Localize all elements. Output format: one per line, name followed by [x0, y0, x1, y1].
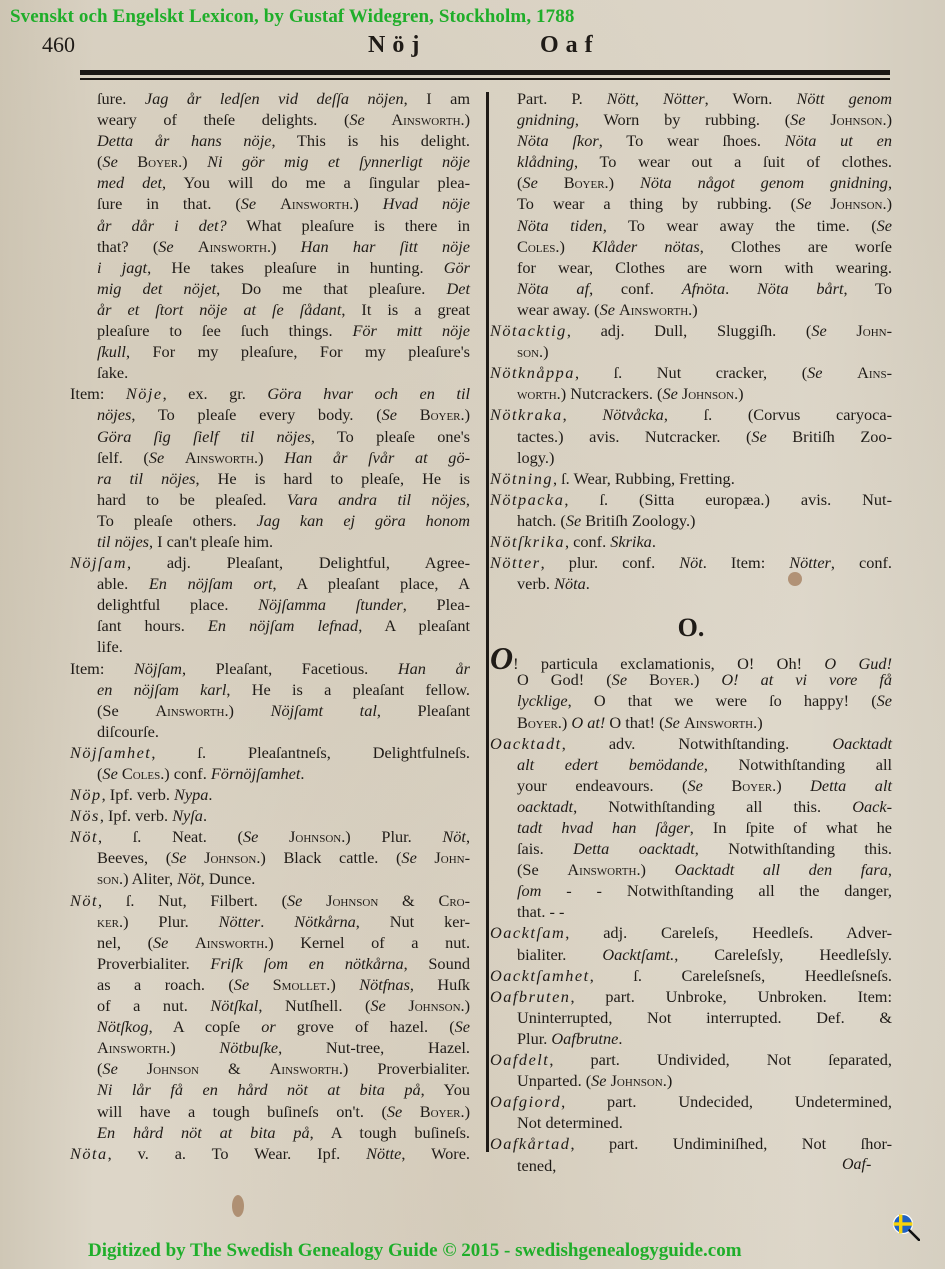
definition-text: ) [465, 110, 470, 129]
dictionary-entry-headline: Nötkraka, Nötvåcka, ſ. (Corvus caryoca- [490, 404, 892, 425]
dictionary-entry-line: ſure in that. (Se Ainsworth.) Hvad nöje [70, 193, 470, 214]
definition-text: ) Kernel of a nut. [268, 933, 470, 952]
swedish-example: Nötſkal [210, 996, 258, 1015]
definition-text: Part. P. [517, 89, 607, 108]
definition-text: , ſ. Nut cracker, ( [575, 363, 807, 382]
dictionary-entry-line: hard to be pleaſed. Vara andra til nöjes… [70, 489, 470, 510]
definition-text: . [300, 764, 304, 783]
dictionary-entry-line: ſelf. (Se Ainsworth.) Han år ſvår at gö- [70, 447, 470, 468]
dictionary-entry-line: Proverbialiter. Friſk ſom en nötkårna, S… [70, 953, 470, 974]
definition-text: Britiſh Zoo- [767, 427, 892, 446]
definition-text: hard to be pleaſed. [97, 490, 287, 509]
definition-text: bialiter. [517, 945, 602, 964]
dictionary-entry-line: ſom - - Notwithſtanding all the danger, [490, 880, 892, 901]
swedish-example: Förnöjſamhet [211, 764, 301, 783]
dictionary-entry-headline: Nötacktig, adj. Dull, Sluggiſh. (Se John… [490, 320, 892, 341]
definition-text: ) [887, 110, 892, 129]
dictionary-entry-line: will have a tough buſineſs on't. (Se Boy… [70, 1101, 470, 1122]
swedish-example: Nöt [679, 553, 703, 572]
source-citation: Coles. [517, 237, 559, 256]
definition-text: grove of hazel. ( [276, 1017, 455, 1036]
definition-text: , ſ. (Corvus caryoca- [664, 405, 892, 424]
definition-text: ) [562, 713, 572, 732]
dictionary-entry-line: logy.) [490, 447, 892, 468]
source-citation: Coles. [122, 764, 164, 783]
dictionary-entry-line: son.) [490, 341, 892, 362]
source-citation: Ainsworth. [619, 300, 692, 319]
dictionary-entry-line: Beeves, (Se Johnson.) Black cattle. (Se … [70, 847, 470, 868]
definition-text: , Nutſhell. ( [258, 996, 370, 1015]
dictionary-entry-line: tadt hvad han ſåger, In ſpite of what he [490, 817, 892, 838]
swedish-example: Nötſkog [97, 1017, 149, 1036]
dictionary-entry-line: wear away. (Se Ainsworth.) [490, 299, 892, 320]
definition-text: , He is a pleaſant fellow. [226, 680, 470, 699]
dictionary-entry-line: To pleaſe others. Jag kan ej göra honom [70, 510, 470, 531]
source-citation: Johnson. [289, 827, 345, 846]
swedish-example: Se [790, 110, 830, 129]
dictionary-entry-headline: Nös, Ipf. verb. Nyſa. [70, 805, 470, 826]
dictionary-entry-line: as a roach. (Se Smollet.) Nötfnas, Huſk [70, 974, 470, 995]
definition-text: & [378, 891, 438, 910]
definition-text: ) [692, 300, 697, 319]
swedish-example: Nöjſam [134, 659, 182, 678]
definition-text: ) [543, 342, 548, 361]
definition-text: Proverbialiter. [97, 954, 210, 973]
swedish-example: Det [446, 279, 470, 298]
dictionary-entry-line: your endeavours. (Se Boyer.) Detta alt [490, 775, 892, 796]
dictionary-entry-line: ſais. Detta oacktadt, Notwithſtanding th… [490, 838, 892, 859]
source-citation: Johnson [326, 891, 378, 910]
swedish-example: Se [387, 1102, 420, 1121]
definition-text: ) [559, 237, 592, 256]
definition-text: logy.) [517, 448, 554, 467]
definition-text: O God! ( [517, 670, 612, 689]
swedish-example: Se [243, 827, 289, 846]
dictionary-entry-line: nel, (Se Ainsworth.) Kernel of a nut. [70, 932, 470, 953]
swedish-example: Oacktſamt. [602, 945, 674, 964]
dictionary-entry-line: weary of theſe delights. (Se Ainsworth.) [70, 109, 470, 130]
swedish-example: Han år [398, 659, 470, 678]
definition-text: ) [738, 384, 743, 403]
swedish-example: Se [662, 384, 681, 403]
definition-text: , ſ. Pleaſantneſs, Delightfulneſs. [151, 743, 470, 762]
definition-text: . Item: [703, 553, 790, 572]
dictionary-entry-line: til nöjes, I can't pleaſe him. [70, 531, 470, 552]
source-citation: Johnson. [830, 194, 886, 213]
swedish-example: Se [102, 764, 121, 783]
definition-text: ) [609, 173, 640, 192]
definition-text: ) [465, 996, 470, 1015]
headword: Oacktſamhet [490, 966, 590, 985]
dictionary-entry-line: life. [70, 636, 470, 657]
swedish-example: O at! [571, 713, 605, 732]
swedish-example: Se [382, 405, 420, 424]
swedish-example: Se [149, 448, 185, 467]
dictionary-entry-line: that? (Se Ainsworth.) Han har ſitt nöje [70, 236, 470, 257]
source-citation: Johnson. [204, 848, 260, 867]
swedish-example: Nypa [174, 785, 208, 804]
dictionary-entry-headline: Nötknåppa, ſ. Nut cracker, (Se Ains- [490, 362, 892, 383]
definition-text: ſais. [517, 839, 573, 858]
swedish-example: Detta alt [810, 776, 892, 795]
dictionary-entry-line: (Se Coles.) conf. Förnöjſamhet. [70, 763, 470, 784]
dictionary-entry-headline: Nötſkrika, conf. Skrika. [490, 531, 892, 552]
dictionary-entry-headline: Nöt, ſ. Neat. (Se Johnson.) Plur. Nöt, [70, 826, 470, 847]
swedish-example: or [261, 1017, 275, 1036]
definition-text: ) [330, 975, 359, 994]
headword: Nötning [490, 469, 553, 488]
definition-text: O that! ( [605, 713, 664, 732]
swedish-example: Nöjſamt tal [271, 701, 377, 720]
source-citation: son. [517, 342, 543, 361]
swedish-example: En nöjſam lefnad [208, 616, 358, 635]
dictionary-entry-line: Ainsworth.) Nötbuſke, Nut-tree, Hazel. [70, 1037, 470, 1058]
definition-text: ) [465, 405, 470, 424]
dictionary-entry-line: (Se Boyer.) Ni gör mig et ſynnerligt nöj… [70, 151, 470, 172]
definition-text: , part. Undiminiſhed, Not ſhor- [570, 1134, 892, 1153]
collection-title-banner: Svenskt och Engelskt Lexicon, by Gustaf … [10, 6, 574, 28]
source-citation: ker. [97, 912, 123, 931]
dictionary-entry-headline: Item: Nöjſam, Pleaſant, Facetious. Han å… [70, 658, 470, 679]
definition-text: Item: [70, 384, 126, 403]
header-rule-thick [80, 70, 890, 75]
swedish-flag-magnifier-icon [892, 1213, 920, 1241]
definition-text: , Huſk [410, 975, 470, 994]
definition-text: , ex. gr. [163, 384, 268, 403]
headword: Oafkårtad [490, 1134, 570, 1153]
guide-word-left: Nöj [368, 32, 426, 59]
dictionary-entry-headline: Nötning, ſ. Wear, Rubbing, Fretting. [490, 468, 892, 489]
dictionary-entry-line: hatch. (Se Britiſh Zoology.) [490, 510, 892, 531]
dictionary-entry-line: delightful place. Nöjſamma ſtunder, Plea… [70, 594, 470, 615]
definition-text: ) [170, 1038, 219, 1057]
definition-text: , This is his delight. [271, 131, 470, 150]
swedish-example: Oack- [852, 797, 892, 816]
definition-text: . [652, 532, 656, 551]
dictionary-entry-line: Ni lår få en hård nöt at bita på, You [70, 1079, 470, 1100]
paper-stain [232, 1195, 244, 1217]
definition-text: of a nut. [97, 996, 210, 1015]
definition-text: , [563, 405, 603, 424]
definition-text: , Worn. [705, 89, 797, 108]
source-citation: Ainsworth. [185, 448, 258, 467]
dictionary-entry-line: able. En nöjſam ort, A pleaſant place, A [70, 573, 470, 594]
swedish-example: Se [171, 848, 204, 867]
catchword: Oaf- [842, 1156, 871, 1174]
source-citation: Boyer. [420, 405, 465, 424]
definition-text: ) [258, 448, 284, 467]
definition-text: , ſ. (Sitta europæa.) avis. Nut- [564, 490, 892, 509]
swedish-example: ra til nöjes [97, 469, 195, 488]
definition-text: , He takes pleaſure in hunting. [147, 258, 444, 277]
source-citation: worth. [517, 384, 561, 403]
swedish-example: Göra hvar och en til [267, 384, 470, 403]
definition-text: , v. a. To Wear. Ipf. [108, 1144, 366, 1163]
dictionary-entry-line: ſake. [70, 362, 470, 383]
dictionary-entry-line: diſcourſe. [70, 721, 470, 742]
swedish-example: Oafbrutne [551, 1029, 618, 1048]
dictionary-entry-headline: Nöta, v. a. To Wear. Ipf. Nötte, Wore. [70, 1143, 470, 1164]
definition-text: , Plea- [403, 595, 470, 614]
definition-text: , You [421, 1080, 470, 1099]
definition-text: , ſ. Neat. ( [98, 827, 243, 846]
swedish-example: oacktadt [517, 797, 573, 816]
dictionary-entry-line: (Se Ainsworth.) Nöjſamt tal, Pleaſant [70, 700, 470, 721]
swedish-example: alt edert bemödande [517, 755, 704, 774]
swedish-example: Göra ſig ſielf til nöjes [97, 427, 311, 446]
definition-text: ) Plur. [345, 827, 442, 846]
dictionary-entry-line: Nöta tiden, To wear away the time. (Se [490, 215, 892, 236]
headword: Nöt [70, 827, 98, 846]
source-citation: Ainsworth. [155, 701, 228, 720]
definition-text: ) Black cattle. ( [260, 848, 401, 867]
swedish-example: Nötte [366, 1144, 401, 1163]
paper-stain [788, 572, 802, 586]
definition-text: To wear a thing by rubbing. ( [517, 194, 796, 213]
definition-text: . [260, 912, 294, 931]
definition-text: as a roach. ( [97, 975, 234, 994]
definition-text: ) [353, 194, 382, 213]
definition-text: - - Notwithſtanding all the danger, [541, 881, 892, 900]
definition-text: ) [641, 860, 675, 879]
definition-text: Plur. [517, 1029, 551, 1048]
definition-text: , Ipf. verb. [100, 806, 172, 825]
definition-text: , plur. conf. [541, 553, 680, 572]
definition-text: delightful place. [97, 595, 258, 614]
swedish-example: Gör [444, 258, 470, 277]
source-citation: Smollet. [273, 975, 331, 994]
headword: Nöta [70, 1144, 108, 1163]
definition-text: ) [776, 776, 810, 795]
swedish-example: Se [665, 713, 684, 732]
swedish-example: Se [796, 194, 830, 213]
headword: Nötkraka [490, 405, 563, 424]
source-citation: John- [856, 321, 892, 340]
headword: Oafgiord [490, 1092, 561, 1111]
definition-text: , [888, 173, 892, 192]
swedish-example: Nött [607, 89, 635, 108]
definition-text: , adv. Notwithſtanding. [562, 734, 833, 753]
definition-text: , Ipf. verb. [102, 785, 174, 804]
definition-text: , Notwithſtanding this. [695, 839, 892, 858]
swedish-example: Nöta af [517, 279, 589, 298]
dictionary-entry-line: ſkull, For my pleaſure, For my pleaſure'… [70, 341, 470, 362]
dictionary-entry-headline: Nöp, Ipf. verb. Nypa. [70, 784, 470, 805]
dictionary-entry-line: år et ſtort nöje at ſe ſådant, It is a g… [70, 299, 470, 320]
dictionary-entry-line: ra til nöjes, He is hard to pleaſe, He i… [70, 468, 470, 489]
swedish-example: Se [102, 152, 137, 171]
dictionary-entry-headline: Oacktadt, adv. Notwithſtanding. Oacktadt [490, 733, 892, 754]
swedish-example: O! at vi vore få [721, 670, 892, 689]
source-citation: Ainsworth. [684, 713, 757, 732]
definition-text: pleaſure to ſee ſuch things. [97, 321, 352, 340]
definition-text: , conf. [589, 279, 682, 298]
definition-text: able. [97, 574, 149, 593]
swedish-example: Nöta något genom gnidning [640, 173, 888, 192]
section-letter-heading: O. [490, 608, 892, 648]
dictionary-entry-line: Detta år hans nöje, This is his delight. [70, 130, 470, 151]
definition-text: , adj. Careleſs, Heedleſs. Adver- [565, 923, 892, 942]
headword: Nöp [70, 785, 102, 804]
dictionary-entry-line: nöjes, To pleaſe every body. (Se Boyer.) [70, 404, 470, 425]
swedish-example: Nöta bårt [757, 279, 844, 298]
swedish-example: Se [751, 427, 766, 446]
source-citation: John- [434, 848, 470, 867]
definition-text: , Careleſsly, Heedleſsly. [674, 945, 892, 964]
dictionary-entry-line: gnidning, Worn by rubbing. (Se Johnson.) [490, 109, 892, 130]
source-citation: Ainsworth. [280, 194, 353, 213]
definition-text: that. - - [517, 902, 564, 921]
definition-text: ) [465, 1102, 470, 1121]
dictionary-entry-headline: Oafkårtad, part. Undiminiſhed, Not ſhor- [490, 1133, 892, 1154]
swedish-example: Se [591, 1071, 610, 1090]
swedish-example: Vara andra til nöjes [287, 490, 466, 509]
swedish-example: Nött genom [796, 89, 892, 108]
dictionary-entry-line: bialiter. Oacktſamt., Careleſsly, Heedle… [490, 944, 892, 965]
swedish-example: Ni gör mig et ſynnerligt nöje [207, 152, 470, 171]
definition-text: ſure. [97, 89, 145, 108]
definition-text: , ſ. Wear, Rubbing, Fretting. [553, 469, 735, 488]
definition-text: weary of theſe delights. ( [97, 110, 349, 129]
swedish-example: En hård nöt at bita på [97, 1123, 310, 1142]
dictionary-entry-line: pleaſure to ſee ſuch things. För mitt nö… [70, 320, 470, 341]
definition-text: , Wore. [401, 1144, 470, 1163]
headword: Nötknåppa [490, 363, 575, 382]
definition-text: , A copſe [149, 1017, 262, 1036]
source-citation: Boyer. [731, 776, 776, 795]
headword: Nöje [126, 384, 163, 403]
definition-text: , To pleaſe every body. ( [131, 405, 381, 424]
dictionary-entry-headline: Item: Nöje, ex. gr. Göra hvar och en til [70, 383, 470, 404]
dictionary-entry-line: (Se Ainsworth.) Oacktadt all den fara, [490, 859, 892, 880]
dictionary-entry-line: klådning, To wear out a ſuit of clothes. [490, 151, 892, 172]
headword: Nöt [70, 891, 98, 910]
swedish-example: Se [877, 216, 892, 235]
source-citation: Boyer. [649, 670, 694, 689]
dictionary-entry-line: for wear, Clothes are worn with wearing. [490, 257, 892, 278]
left-column: ſure. Jag år ledſen vid deſſa nöjen, I a… [70, 88, 470, 1164]
definition-text: ) [271, 237, 301, 256]
definition-text: , Nut-tree, Hazel. [278, 1038, 470, 1057]
dictionary-entry-line: Boyer.) O at! O that! (Se Ainsworth.) [490, 712, 892, 733]
swedish-example: Han år ſvår at gö- [284, 448, 470, 467]
dictionary-entry-line: verb. Nöta. [490, 573, 892, 594]
source-citation: Boyer. [564, 173, 609, 192]
dictionary-entry-headline: O! particula exclamationis, O! Oh! O Gud… [490, 648, 892, 669]
swedish-example: Nyſa [172, 806, 203, 825]
dictionary-entry-line: Uninterrupted, Not interrupted. Def. & [490, 1007, 892, 1028]
dictionary-entry-line: that. - - [490, 901, 892, 922]
swedish-example: Nöt [442, 827, 466, 846]
swedish-example: tadt hvad han ſåger [517, 818, 690, 837]
definition-text: . [208, 785, 212, 804]
swedish-example: i jagt [97, 258, 147, 277]
definition-text: ſant hours. [97, 616, 208, 635]
dictionary-entry-line: lycklige, O that we were ſo happy! (Se [490, 690, 892, 711]
dictionary-entry-headline: Oacktſamhet, ſ. Careleſsneſs, Heedleſsne… [490, 965, 892, 986]
swedish-example: gnidning [517, 110, 575, 129]
definition-text: , Notwithſtanding all [704, 755, 892, 774]
definition-text: , conf. [831, 553, 892, 572]
definition-text: (Se [97, 701, 155, 720]
definition-text: , A tough buſineſs. [310, 1123, 470, 1142]
dictionary-entry-line: Part. P. Nött, Nötter, Worn. Nött genom [490, 88, 892, 109]
definition-text: Beeves, ( [97, 848, 171, 867]
dictionary-entry-line: Plur. Oafbrutne. [490, 1028, 892, 1049]
swedish-example: Han har ſitt nöje [301, 237, 470, 256]
swedish-example: Se [455, 1017, 470, 1036]
swedish-example: Detta år hans nöje [97, 131, 271, 150]
definition-text: Item: [70, 659, 134, 678]
headword: Nötter [490, 553, 541, 572]
dictionary-entry-line: O God! (Se Boyer.) O! at vi vore få [490, 669, 892, 690]
definition-text: What pleaſure is there in [227, 216, 470, 235]
swedish-example: nöjes [97, 405, 131, 424]
definition-text: , Pleaſant, Facetious. [182, 659, 398, 678]
swedish-example: Jag kan ej göra honom [256, 511, 470, 530]
swedish-example: Se [612, 670, 649, 689]
swedish-example: Nötkårna [294, 912, 356, 931]
headword: Nöjſam [70, 553, 127, 572]
dictionary-entry-line: med det, You will do me a ſingular plea- [70, 172, 470, 193]
definition-text: Not determined. [517, 1113, 623, 1132]
dictionary-entry-line: år dår i det? What pleaſure is there in [70, 215, 470, 236]
swedish-example: lycklige [517, 691, 568, 710]
swedish-example: Skrika [610, 532, 652, 551]
definition-text: . [203, 806, 207, 825]
definition-text: , It is a great [341, 300, 470, 319]
swedish-example: En nöjſam ort [149, 574, 273, 593]
definition-text: ) [694, 670, 721, 689]
digitization-credit-footer: Digitized by The Swedish Genealogy Guide… [88, 1240, 742, 1262]
source-citation: Ainsworth. [567, 860, 640, 879]
definition-text: , Clothes are worſe [700, 237, 892, 256]
definition-text: , part. Unbroke, Unbroken. Item: [570, 987, 892, 1006]
dictionary-entry-headline: Oafgiord, part. Undecided, Undetermined, [490, 1091, 892, 1112]
definition-text: ) Nutcrackers. ( [561, 384, 663, 403]
swedish-example: år et ſtort nöje at ſe ſådant [97, 300, 341, 319]
definition-text: ſure in that. ( [97, 194, 241, 213]
swedish-example: ſom [517, 881, 541, 900]
definition-text: , I can't pleaſe him. [149, 532, 273, 551]
swedish-example: Nötfnas [359, 975, 410, 994]
dictionary-entry-line: En hård nöt at bita på, A tough buſineſs… [70, 1122, 470, 1143]
definition-text: wear away. ( [517, 300, 600, 319]
definition-text: ) Aliter, [123, 869, 177, 888]
definition-text: (Se [517, 860, 567, 879]
definition-text: ) [182, 152, 207, 171]
swedish-example: Se [370, 996, 408, 1015]
swedish-example: Se [241, 194, 280, 213]
dictionary-entry-line: of a nut. Nötſkal, Nutſhell. (Se Johnson… [70, 995, 470, 1016]
dictionary-entry-line: Nötſkog, A copſe or grove of hazel. (Se [70, 1016, 470, 1037]
definition-text: , conf. [565, 532, 610, 551]
dictionary-entry-headline: Oafdelt, part. Undivided, Not ſeparated, [490, 1049, 892, 1070]
swedish-example: ſkull [97, 342, 126, 361]
definition-text: . [586, 574, 590, 593]
definition-text: , Dunce. [201, 869, 256, 888]
swedish-example: Nötter [219, 912, 261, 931]
definition-text: , For my pleaſure, For my pleaſure's [126, 342, 470, 361]
dictionary-entry-headline: Nöjſamhet, ſ. Pleaſantneſs, Delightfulne… [70, 742, 470, 763]
dictionary-entry-headline: Nöjſam, adj. Pleaſant, Delightful, Agree… [70, 552, 470, 573]
dictionary-entry-line: Coles.) Klåder nötas, Clothes are worſe [490, 236, 892, 257]
definition-text: , [466, 490, 470, 509]
definition-text: , ſ. Careleſsneſs, Heedleſsneſs. [590, 966, 892, 985]
dictionary-entry-line: en nöjſam karl, He is a pleaſant fellow. [70, 679, 470, 700]
initial-letter: O [490, 640, 513, 676]
definition-text: Unparted. ( [517, 1071, 591, 1090]
